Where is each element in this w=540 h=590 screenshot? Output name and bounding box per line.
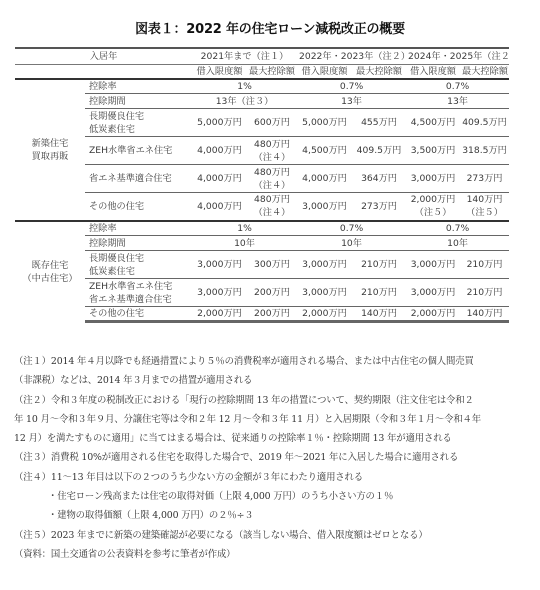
cell-value: 4,000万円	[194, 144, 245, 157]
period-value: 10年	[406, 236, 509, 251]
cell-value: 3,000万円	[408, 172, 458, 185]
note-3: （注３）消費税 10%が適用される住宅を取得した場合で、2019 年～2021 …	[14, 448, 534, 467]
cell-value: 3,000万円	[194, 286, 245, 299]
cell-value: 210万円	[462, 286, 507, 299]
rate-value: 1%	[192, 79, 297, 94]
subcol-header: 借入限度額	[406, 64, 460, 79]
housing-type-label: ZEH水準省エネ住宅	[85, 137, 192, 165]
borrowing-limit-cell: 2,000万円（注５）	[406, 193, 460, 221]
cell-value: 4,500万円	[408, 116, 458, 129]
cell-value: 3,000万円	[299, 258, 350, 271]
period-value: 13年	[406, 94, 509, 109]
type-line: 低炭素住宅	[89, 123, 190, 136]
cell-value: 3,000万円	[299, 286, 350, 299]
cell-value: 140万円	[462, 193, 507, 206]
period-value: 10年	[297, 236, 406, 251]
cell-value: 3,000万円	[408, 286, 458, 299]
cell-value: 2,000万円	[299, 307, 350, 320]
cell-value: 4,500万円	[299, 144, 350, 157]
row-label: 控除率	[85, 221, 192, 236]
cell-note: （注４）	[249, 206, 295, 219]
deduction-period-row: 控除期間13年（注３）13年13年	[15, 94, 509, 109]
max-deduction-cell: 200万円	[247, 307, 297, 322]
cell-value: 318.5万円	[462, 144, 507, 157]
type-line: その他の住宅	[89, 200, 190, 213]
cell-value: 300万円	[249, 258, 295, 271]
group-label-line: 新築住宅	[17, 137, 83, 150]
housing-type-row: ZEH水準省エネ住宅省エネ基準適合住宅3,000万円200万円3,000万円21…	[15, 279, 509, 307]
subcol-header: 借入限度額	[297, 64, 352, 79]
rate-value: 0.7%	[406, 79, 509, 94]
header-row-subcols: 借入限度額 最大控除額 借入限度額 最大控除額 借入限度額 最大控除額	[15, 64, 509, 79]
deduction-period-row: 控除期間10年10年10年	[15, 236, 509, 251]
type-line: 低炭素住宅	[89, 265, 190, 278]
type-line: 省エネ基準適合住宅	[89, 293, 190, 306]
housing-type-label: ZEH水準省エネ住宅省エネ基準適合住宅	[85, 279, 192, 307]
cell-value: 409.5万円	[354, 144, 404, 157]
note-2: （注２）令和３年度の税制改正における「現行の控除期間 13 年の措置について、契…	[14, 391, 534, 410]
cell-note: （注５）	[462, 206, 507, 219]
max-deduction-cell: 210万円	[352, 279, 406, 307]
housing-type-label: 長期優良住宅低炭素住宅	[85, 251, 192, 279]
note-2-cont: 年 10 月～令和３年９月、分譲住宅等は令和２年 12 月～令和３年 11 月）…	[14, 410, 534, 429]
header-row-periods: 入居年 2021年まで（注１） 2022年・2023年（注２） 2024年・20…	[15, 48, 509, 64]
cell-value: 480万円	[249, 193, 295, 206]
borrowing-limit-cell: 4,000万円	[297, 165, 352, 193]
max-deduction-cell: 210万円	[460, 279, 509, 307]
move-in-year-label: 入居年	[15, 48, 192, 64]
borrowing-limit-cell: 4,000万円	[192, 193, 247, 221]
cell-value: 4,000万円	[194, 200, 245, 213]
housing-group-label: 新築住宅買取再販	[15, 79, 85, 221]
cell-value: 140万円	[462, 307, 507, 320]
period-value: 13年（注３）	[192, 94, 297, 109]
note-4-bullet: ・住宅ローン残高または住宅の取得対価（上限 4,000 万円）のうち小さい方の１…	[14, 487, 534, 506]
borrowing-limit-cell: 3,000万円	[192, 251, 247, 279]
borrowing-limit-cell: 3,000万円	[192, 279, 247, 307]
max-deduction-cell: 140万円（注５）	[460, 193, 509, 221]
borrowing-limit-cell: 5,000万円	[192, 109, 247, 137]
cell-value: 455万円	[354, 116, 404, 129]
subcol-header: 借入限度額	[192, 64, 247, 79]
housing-type-row: その他の住宅4,000万円480万円（注４）3,000万円273万円2,000万…	[15, 193, 509, 221]
subcol-header: 最大控除額	[460, 64, 509, 79]
borrowing-limit-cell: 3,000万円	[297, 193, 352, 221]
borrowing-limit-cell: 4,000万円	[192, 137, 247, 165]
housing-type-label: 省エネ基準適合住宅	[85, 165, 192, 193]
max-deduction-cell: 273万円	[352, 193, 406, 221]
housing-type-label: その他の住宅	[85, 193, 192, 221]
max-deduction-cell: 600万円	[247, 109, 297, 137]
cell-value: 480万円	[249, 138, 295, 151]
note-4-bullet: ・建物の取得価額（上限 4,000 万円）の２％÷３	[14, 506, 534, 525]
cell-value: 4,000万円	[194, 172, 245, 185]
subcol-header: 最大控除額	[352, 64, 406, 79]
type-line: 長期優良住宅	[89, 252, 190, 265]
cell-value: 480万円	[249, 166, 295, 179]
cell-value: 600万円	[249, 116, 295, 129]
note-5: （注５）2023 年までに新築の建築確認が必要になる（該当しない場合、借入限度額…	[14, 526, 534, 545]
period-header: 2021年まで（注１）	[192, 48, 297, 64]
borrowing-limit-cell: 3,000万円	[406, 251, 460, 279]
borrowing-limit-cell: 5,000万円	[297, 109, 352, 137]
max-deduction-cell: 140万円	[352, 307, 406, 322]
cell-value: 5,000万円	[194, 116, 245, 129]
period-value: 13年	[297, 94, 406, 109]
cell-value: 3,500万円	[408, 144, 458, 157]
borrowing-limit-cell: 2,000万円	[192, 307, 247, 322]
type-line: その他の住宅	[89, 307, 190, 320]
type-line: 省エネ基準適合住宅	[89, 172, 190, 185]
max-deduction-cell: 200万円	[247, 279, 297, 307]
borrowing-limit-cell: 3,000万円	[297, 251, 352, 279]
borrowing-limit-cell: 4,000万円	[192, 165, 247, 193]
max-deduction-cell: 455万円	[352, 109, 406, 137]
deduction-rate-row: 既存住宅（中古住宅）控除率1%0.7%0.7%	[15, 221, 509, 236]
borrowing-limit-cell: 4,500万円	[406, 109, 460, 137]
period-header: 2022年・2023年（注２）	[297, 48, 406, 64]
borrowing-limit-cell: 3,000万円	[406, 165, 460, 193]
cell-value: 210万円	[354, 286, 404, 299]
housing-group-label: 既存住宅（中古住宅）	[15, 221, 85, 322]
borrowing-limit-cell: 3,000万円	[406, 279, 460, 307]
deduction-rate-row: 新築住宅買取再販控除率1%0.7%0.7%	[15, 79, 509, 94]
borrowing-limit-cell: 2,000万円	[297, 307, 352, 322]
figure-title: 図表１：2022 年の住宅ローン減税改正の概要	[0, 18, 540, 37]
rate-value: 1%	[192, 221, 297, 236]
notes-section: （注１）2014 年４月以降でも経過措置により５％の消費税率が適用される場合、ま…	[14, 352, 534, 564]
type-line: ZEH水準省エネ住宅	[89, 144, 190, 157]
period-value: 10年	[192, 236, 297, 251]
rate-value: 0.7%	[297, 221, 406, 236]
borrowing-limit-cell: 3,500万円	[406, 137, 460, 165]
rate-value: 0.7%	[297, 79, 406, 94]
housing-type-row: ZEH水準省エネ住宅4,000万円480万円（注４）4,500万円409.5万円…	[15, 137, 509, 165]
cell-value: 364万円	[354, 172, 404, 185]
note-4: （注４）11～13 年目は以下の２つのうち少ない方の金額が３年にわたり適用される	[14, 468, 534, 487]
note-1-cont: （非課税）などは、2014 年３月までの措置が適用される	[14, 371, 534, 390]
housing-type-label: 長期優良住宅低炭素住宅	[85, 109, 192, 137]
max-deduction-cell: 480万円（注４）	[247, 165, 297, 193]
cell-note: （注４）	[249, 151, 295, 164]
max-deduction-cell: 480万円（注４）	[247, 137, 297, 165]
max-deduction-cell: 364万円	[352, 165, 406, 193]
max-deduction-cell: 409.5万円	[352, 137, 406, 165]
borrowing-limit-cell: 2,000万円	[406, 307, 460, 322]
max-deduction-cell: 409.5万円	[460, 109, 509, 137]
tax-reform-table: 入居年 2021年まで（注１） 2022年・2023年（注２） 2024年・20…	[15, 47, 509, 323]
cell-note: （注４）	[249, 179, 295, 192]
group-label-line: （中古住宅）	[17, 272, 83, 285]
type-line: 長期優良住宅	[89, 110, 190, 123]
cell-value: 273万円	[462, 172, 507, 185]
cell-value: 273万円	[354, 200, 404, 213]
max-deduction-cell: 210万円	[460, 251, 509, 279]
max-deduction-cell: 140万円	[460, 307, 509, 322]
type-line: ZEH水準省エネ住宅	[89, 280, 190, 293]
housing-type-row: 長期優良住宅低炭素住宅5,000万円600万円5,000万円455万円4,500…	[15, 109, 509, 137]
borrowing-limit-cell: 4,500万円	[297, 137, 352, 165]
max-deduction-cell: 480万円（注４）	[247, 193, 297, 221]
cell-value: 3,000万円	[408, 258, 458, 271]
cell-value: 210万円	[462, 258, 507, 271]
max-deduction-cell: 210万円	[352, 251, 406, 279]
cell-value: 140万円	[354, 307, 404, 320]
note-1: （注１）2014 年４月以降でも経過措置により５％の消費税率が適用される場合、ま…	[14, 352, 534, 371]
cell-value: 409.5万円	[462, 116, 507, 129]
max-deduction-cell: 318.5万円	[460, 137, 509, 165]
borrowing-limit-cell: 3,000万円	[297, 279, 352, 307]
rate-value: 0.7%	[406, 221, 509, 236]
subcol-header: 最大控除額	[247, 64, 297, 79]
cell-value: 2,000万円	[408, 193, 458, 206]
period-header: 2024年・2025年（注２）	[406, 48, 509, 64]
max-deduction-cell: 300万円	[247, 251, 297, 279]
cell-value: 3,000万円	[299, 200, 350, 213]
row-label: 控除期間	[85, 94, 192, 109]
housing-type-label: その他の住宅	[85, 307, 192, 322]
source-note: （資料：国土交通省の公表資料を参考に筆者が作成）	[14, 545, 534, 564]
cell-value: 210万円	[354, 258, 404, 271]
cell-value: 200万円	[249, 307, 295, 320]
housing-type-row: その他の住宅2,000万円200万円2,000万円140万円2,000万円140…	[15, 307, 509, 322]
row-label: 控除率	[85, 79, 192, 94]
row-label: 控除期間	[85, 236, 192, 251]
cell-note: （注５）	[408, 206, 458, 219]
housing-type-row: 長期優良住宅低炭素住宅3,000万円300万円3,000万円210万円3,000…	[15, 251, 509, 279]
cell-value: 2,000万円	[408, 307, 458, 320]
housing-type-row: 省エネ基準適合住宅4,000万円480万円（注４）4,000万円364万円3,0…	[15, 165, 509, 193]
note-2-cont: 12 月）を満たすものに適用」に当てはまる場合は、従来通りの控除率１％・控除期間…	[14, 429, 534, 448]
group-label-line: 既存住宅	[17, 259, 83, 272]
cell-value: 4,000万円	[299, 172, 350, 185]
cell-value: 2,000万円	[194, 307, 245, 320]
cell-value: 5,000万円	[299, 116, 350, 129]
cell-value: 3,000万円	[194, 258, 245, 271]
max-deduction-cell: 273万円	[460, 165, 509, 193]
cell-value: 200万円	[249, 286, 295, 299]
group-label-line: 買取再販	[17, 150, 83, 163]
